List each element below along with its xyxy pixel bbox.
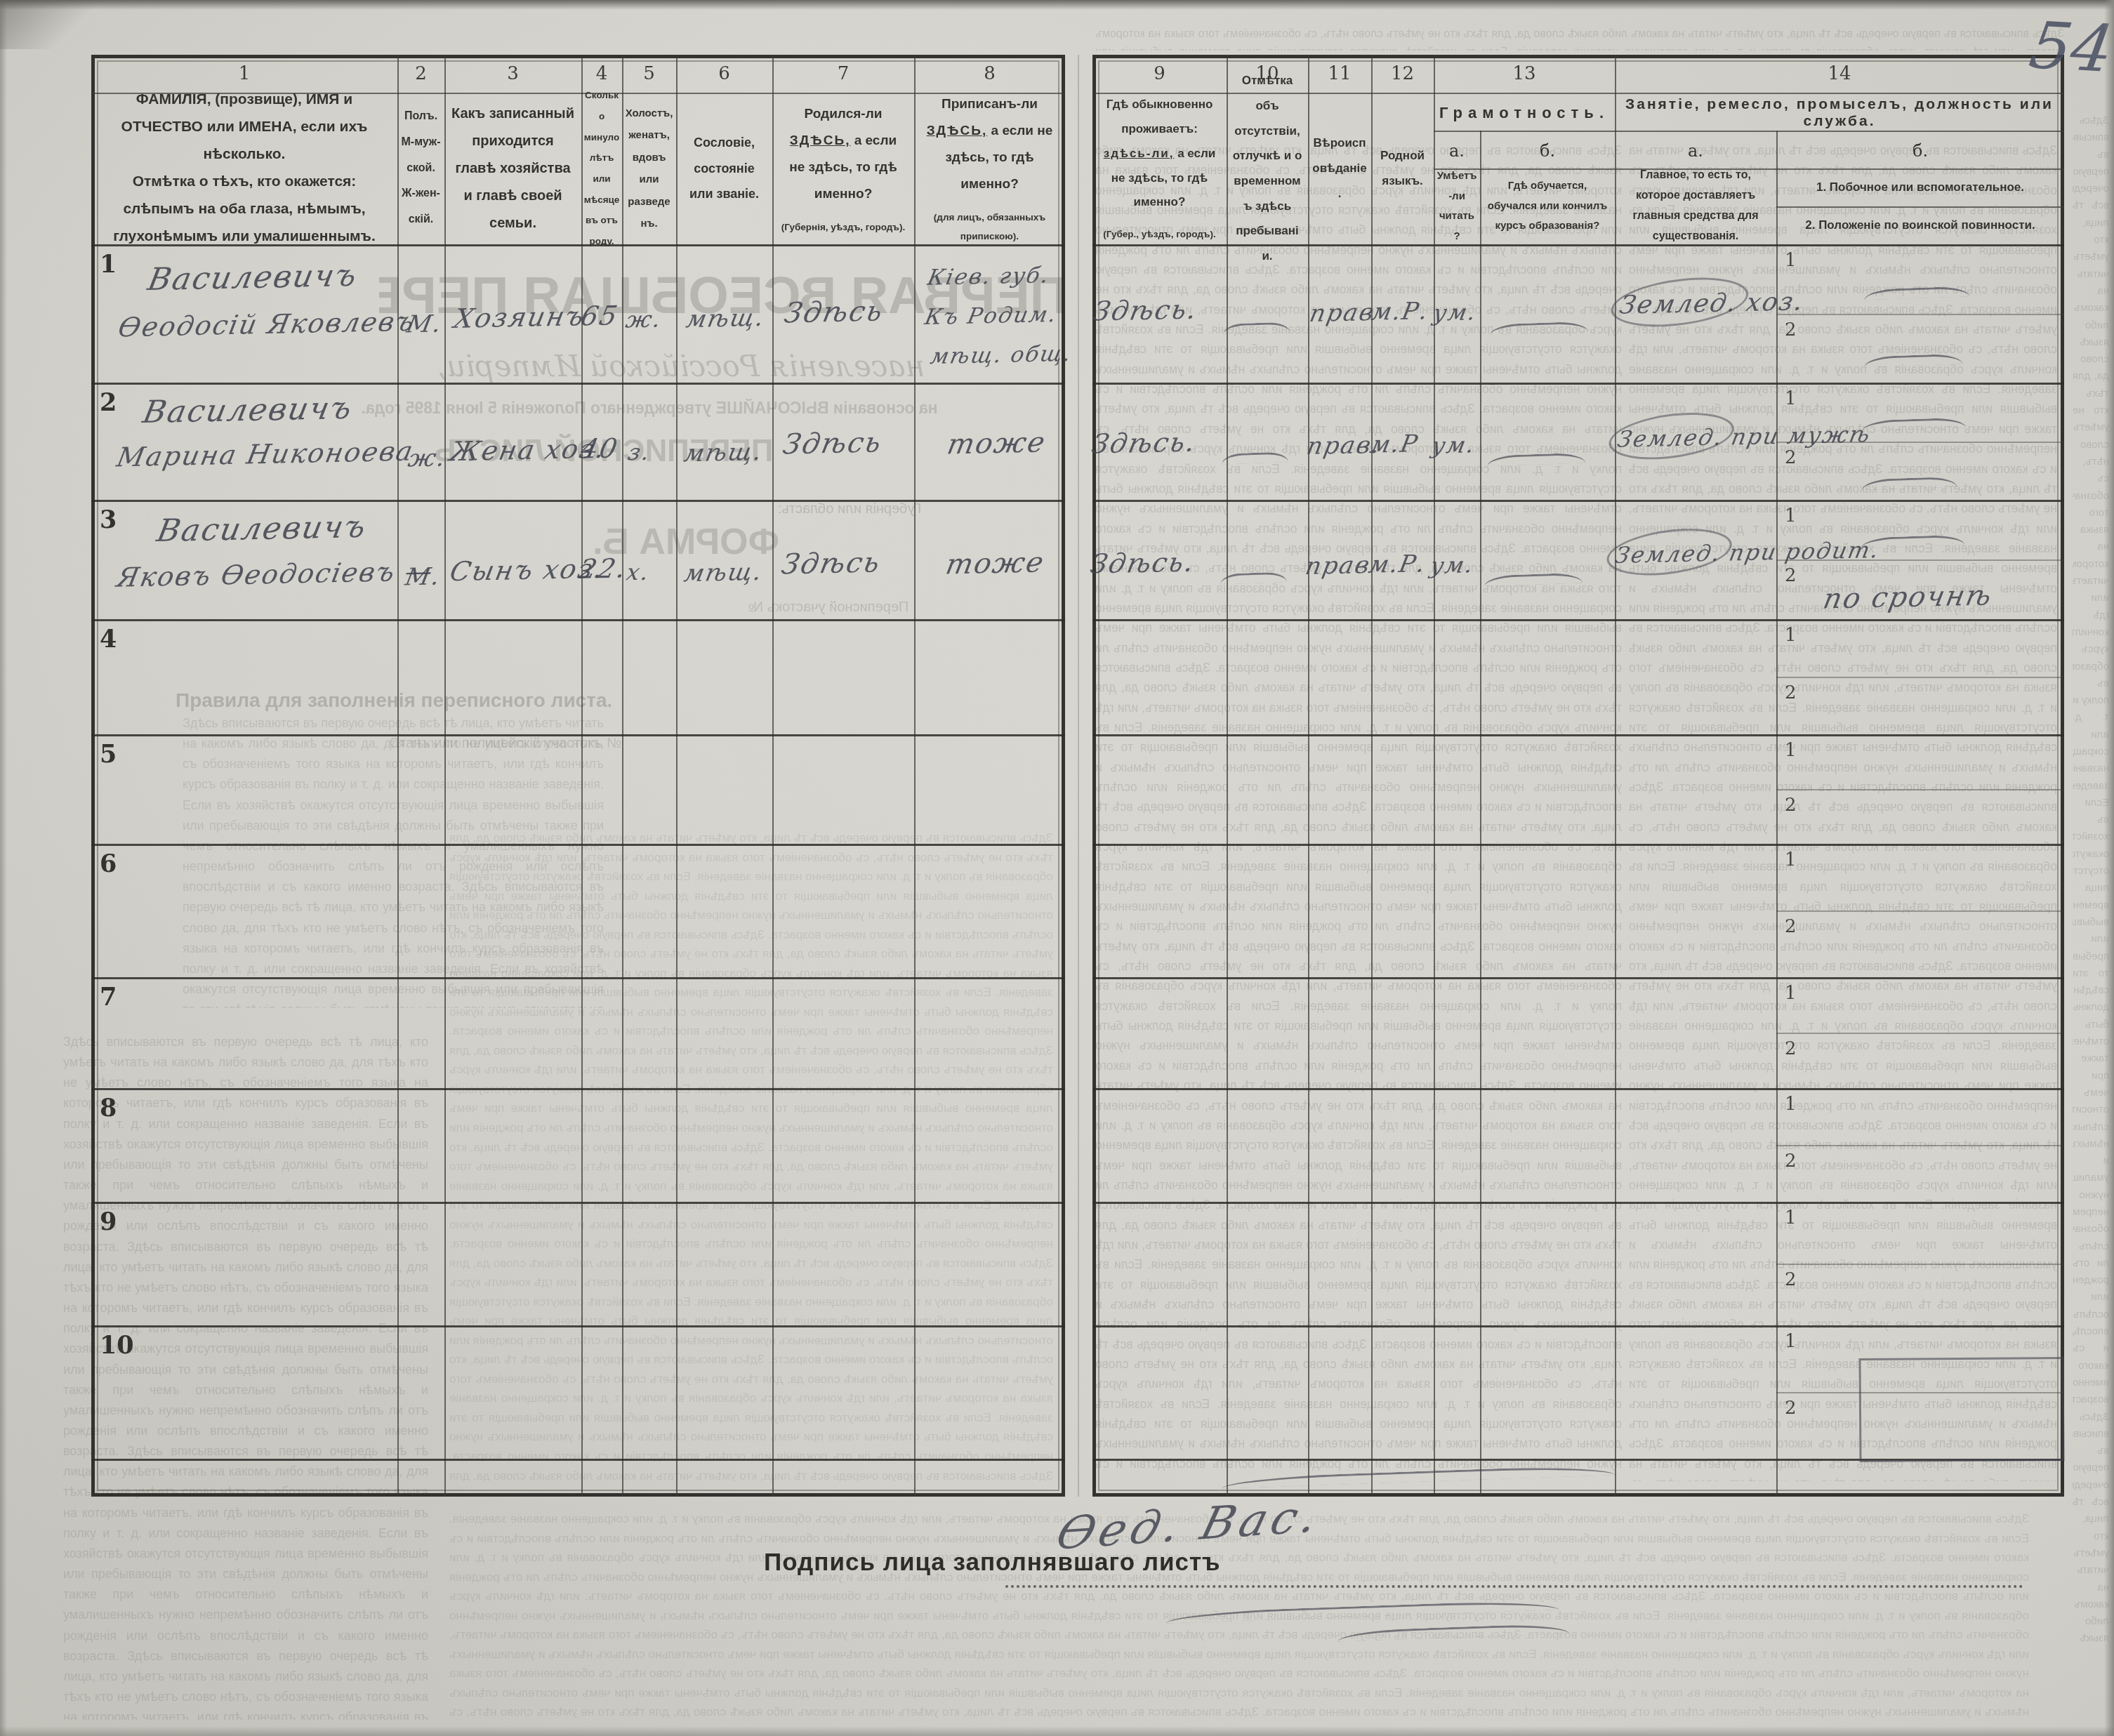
scan-edge-bottom — [0, 1726, 2114, 1736]
entry-occupation-main: Землед. при мужѣ — [1616, 420, 1874, 453]
column-header-text: Родился-ли ЗДѢСЬ, а если не здѣсь, то гд… — [781, 101, 906, 208]
column-header-line: Ж-жен- — [402, 181, 440, 207]
column-number: 7 — [772, 63, 914, 84]
row-rule — [91, 619, 1065, 621]
column-number: 11 — [1308, 63, 1371, 84]
row-number: 7 — [100, 983, 117, 1012]
column-rule — [581, 55, 583, 1497]
column-number: 6 — [676, 63, 772, 84]
entry-estate: мѣщ. — [684, 304, 767, 333]
entry-religion: прав — [1307, 298, 1378, 328]
entry-age: 65 — [579, 300, 621, 331]
column-header-text: Отмѣтка объ отсутствіи, отлучкѣ и о врем… — [1232, 68, 1302, 269]
entry-residence: Здѣсь. — [1090, 293, 1200, 326]
handwritten-rectangle-mark — [1858, 1357, 2064, 1462]
row-rule — [1092, 844, 2064, 846]
occupation-sub-row-1-label: 1 — [1785, 1207, 1797, 1228]
occupation-sub-row-2-label: 2 — [1785, 319, 1797, 340]
occupation-sub-row-1-label: 1 — [1785, 849, 1797, 870]
entry-religion: прав — [1303, 551, 1373, 581]
column-header-line: Отмѣтка о тѣхъ, кто окажется: слѣпымъ на… — [103, 168, 386, 251]
row-rule — [1434, 131, 2064, 132]
column-header-emph: здѣсь-ли, — [1104, 147, 1175, 160]
occupation-sub-row-1-label: 1 — [1785, 740, 1797, 761]
column-header: Гдѣ обыкновенно проживаетъ: здѣсь-ли, а … — [1092, 98, 1227, 239]
entry-age: 22. — [577, 552, 630, 584]
row-rule — [1776, 1264, 2064, 1265]
column-13ab-rule — [1480, 131, 1481, 1497]
column-header-text: Холостъ, женатъ, вдовъ или разведенъ. — [625, 102, 673, 235]
row-rule — [91, 1088, 1065, 1090]
column-header: Сколько минуло лѣтъ или мѣсяцевъ отъ род… — [581, 98, 622, 239]
row-rule — [91, 734, 1065, 736]
row-number: 10 — [100, 1331, 134, 1360]
row-rule — [1092, 1202, 2064, 1204]
column-header: Приписанъ-ли ЗДѢСЬ, а если не здѣсь, то … — [914, 98, 1065, 239]
column-header: Родной языкъ. — [1371, 98, 1434, 239]
entry-occupation-main: Землед. при родит. — [1613, 536, 1882, 569]
column-header-text: Сословіе, состояніе или званіе. — [682, 130, 767, 208]
occupation-sub-row-1-label: 1 — [1785, 625, 1797, 646]
occupation-sub-row-1-label: 1 — [1785, 1094, 1797, 1115]
column-14b1-header: 1. Побочное или вспомогательное. — [1776, 168, 2064, 206]
column-13a-header: Умѣетъ-ли читать? — [1434, 168, 1480, 244]
column-number: 5 — [622, 63, 676, 84]
column-13b-header: Гдѣ обучается, обучался или кончилъ курс… — [1480, 168, 1615, 244]
row-rule — [91, 500, 1065, 502]
row-number: 4 — [100, 625, 117, 654]
row-rule — [91, 383, 1065, 385]
entry-military-status: по срочнѣ — [1821, 580, 1995, 616]
column-header-line: ской. — [407, 156, 435, 182]
row-rule — [91, 1459, 1065, 1461]
occupation-sub-row-2-label: 2 — [1785, 795, 1797, 816]
row-number: 2 — [100, 388, 117, 417]
entry-surname: Василевичъ — [140, 390, 355, 430]
table-right-inner-rule — [1098, 60, 2059, 1491]
column-header: Какъ записанный приходится главѣ хозяйст… — [444, 98, 581, 239]
column-number: 14 — [1615, 63, 2064, 84]
column-header: Отмѣтка объ отсутствіи, отлучкѣ и о врем… — [1227, 98, 1308, 239]
occupation-sub-row-2-label: 2 — [1785, 565, 1797, 586]
entry-residence: Здѣсь. — [1089, 426, 1198, 459]
row-number: 5 — [100, 740, 117, 769]
row-rule — [1776, 910, 2064, 912]
column-header-text: Приписанъ-ли ЗДѢСЬ, а если не здѣсь, то … — [923, 91, 1057, 198]
entry-occupation-word: Землед. — [1616, 424, 1726, 453]
column-14a-header: Главное, то есть то, которое доставляетъ… — [1615, 168, 1776, 244]
column-header-lead: Гдѣ обыкновенно проживаетъ: — [1106, 98, 1213, 135]
column-header-text: Гдѣ обучается, обучался или кончилъ курс… — [1487, 176, 1608, 237]
row-rule — [1092, 977, 2064, 979]
bleed-through-text: Здѣсь вписываются въ первую очередь всѣ … — [2073, 112, 2109, 1650]
column-header: Полъ.М-муж-ской.Ж-жен-скій. — [397, 98, 444, 239]
entry-native-language: м.Р. — [1369, 297, 1432, 326]
row-number: 9 — [100, 1207, 117, 1236]
row-rule — [91, 977, 1065, 979]
column-rule — [676, 55, 678, 1497]
scan-edge-left — [0, 0, 7, 1736]
column-rule — [622, 55, 623, 1497]
column-header: Холостъ, женатъ, вдовъ или разведенъ. — [622, 98, 676, 239]
column-header-text: Какъ записанный приходится главѣ хозяйст… — [450, 100, 576, 237]
column-header-line: М-муж- — [401, 130, 440, 156]
entry-registration: тоже — [943, 547, 1048, 581]
occupation-sub-row-2-label: 2 — [1785, 447, 1797, 468]
entry-marital-status: ж. — [623, 305, 664, 333]
occupation-sub-row-1-label: 1 — [1785, 250, 1797, 271]
row-rule — [91, 1325, 1065, 1327]
entry-surname: Василевичъ — [145, 258, 360, 298]
occupation-sub-row-2-label: 2 — [1785, 1269, 1797, 1290]
entry-estate: мѣщ. — [682, 438, 765, 468]
entry-occupation-word: при родит. — [1727, 536, 1882, 566]
column-header-line: скій. — [409, 207, 434, 233]
entry-occupation-word: хоз. — [1744, 287, 1806, 317]
column-header-text: Родной языкъ. — [1375, 143, 1429, 193]
column-header-text: Сколько минуло лѣтъ или мѣсяцевъ отъ род… — [583, 85, 620, 252]
page-number: 54 — [2025, 8, 2114, 86]
column-number: 4 — [581, 63, 622, 84]
column-header: Родился-ли ЗДѢСЬ, а если не здѣсь, то гд… — [772, 98, 914, 239]
column-header-lead: Родился-ли — [805, 107, 883, 121]
column-14b2-header: 2. Положеніе по воинской повинности. — [1776, 206, 2064, 244]
column-number: 13 — [1434, 63, 1615, 84]
column-header: Сословіе, состояніе или званіе. — [676, 98, 772, 239]
entry-occupation-word: при мужѣ — [1729, 420, 1874, 450]
entry-occupation-word: Землед. — [1613, 540, 1724, 569]
row-rule — [1776, 1145, 2064, 1146]
column-number: 12 — [1371, 63, 1434, 84]
column-13-title: Грамотность. — [1434, 95, 1615, 131]
entry-birthplace: Здѣсь — [780, 427, 885, 461]
scan-edge-top — [0, 0, 2114, 10]
row-rule — [1092, 383, 2064, 385]
entry-sex: ж. — [406, 444, 449, 472]
entry-sex: М. — [404, 310, 444, 338]
entry-relation: Хозяинъ — [451, 300, 588, 334]
column-14b-label: б. — [1776, 133, 2064, 168]
occupation-sub-row-2-label: 2 — [1785, 916, 1797, 937]
column-header: Вѣроисповѣданіе. — [1308, 98, 1371, 239]
entry-registration: Къ Родим. — [923, 302, 1059, 330]
column-header-note: (для лицъ, обязанныхъ припискою). — [923, 208, 1057, 246]
row-number: 6 — [100, 849, 117, 878]
column-rule — [1434, 55, 1435, 1497]
column-header-lead: Приписанъ-ли — [942, 97, 1038, 112]
bleed-through-text: Здѣсь вписываются въ первую очередь всѣ … — [1095, 25, 2064, 51]
entry-estate: мѣщ. — [682, 558, 765, 588]
column-header-emph: ЗДѢСЬ, — [927, 124, 988, 138]
occupation-sub-row-1-label: 1 — [1785, 1331, 1797, 1352]
column-header-text: Умѣетъ-ли читать? — [1436, 166, 1477, 246]
row-rule — [1092, 619, 2064, 621]
occupation-sub-row-2-label: 2 — [1785, 1398, 1797, 1419]
entry-name: Марина Никоноева — [114, 436, 417, 473]
row-rule — [91, 1202, 1065, 1204]
entry-literacy: ум. — [1431, 298, 1479, 326]
fold-crease — [1078, 55, 1079, 1497]
row-rule — [1776, 677, 2064, 678]
entry-name: Ѳеодосій Яковлевъ — [116, 306, 418, 343]
column-header-text: Главное, то есть то, которое доставляетъ… — [1625, 166, 1766, 246]
entry-literacy: ум. — [1428, 551, 1477, 578]
row-rule — [1092, 500, 2064, 502]
entry-native-language: м.Р. — [1366, 550, 1429, 579]
entry-occupation-main: Землед. хоз. — [1618, 287, 1807, 319]
occupation-sub-row-1-label: 1 — [1785, 388, 1797, 409]
row-rule — [91, 844, 1065, 846]
column-number: 2 — [397, 63, 444, 84]
entry-age: 40 — [579, 432, 621, 464]
row-rule — [1092, 1325, 2064, 1327]
column-14-title: Занятіе, ремесло, промыселъ, должность и… — [1615, 95, 2064, 131]
column-number: 9 — [1092, 63, 1227, 84]
entry-registration: тоже — [944, 427, 1049, 461]
row-rule — [1092, 1088, 2064, 1090]
column-rule — [1227, 55, 1228, 1497]
column-rule — [1308, 55, 1309, 1497]
row-number: 1 — [100, 250, 117, 279]
entry-native-language: м.Р — [1368, 430, 1421, 458]
column-13a-label: а. — [1434, 133, 1480, 168]
entry-residence: Здѣсь. — [1088, 546, 1197, 579]
column-header-line: Полъ. — [404, 104, 437, 130]
row-rule — [1776, 314, 2064, 315]
column-header-note: (Губер., уѣздъ, городъ). — [1103, 225, 1215, 244]
column-14ab-rule — [1776, 131, 1778, 1497]
column-14a-label: а. — [1615, 133, 1776, 168]
column-header: ФАМИЛІЯ, (прозвище), ИМЯ и ОТЧЕСТВО или … — [91, 98, 397, 239]
column-rule — [444, 55, 446, 1497]
occupation-sub-row-2-label: 2 — [1785, 682, 1797, 703]
census-sheet-scan: ПЕРВАЯ ВСЕОБЩАЯ ПЕРЕПИСЬнаселенія Россій… — [0, 0, 2114, 1736]
entry-surname: Василевичъ — [154, 509, 369, 549]
column-number: 1 — [91, 63, 397, 84]
entry-birthplace: Здѣсь — [779, 547, 883, 581]
entry-literacy: ум. — [1429, 431, 1478, 458]
entry-registration: Кіев. губ. — [925, 263, 1052, 291]
column-rule — [1615, 55, 1616, 1497]
column-number: 8 — [914, 63, 1065, 84]
entry-registration: мѣщ. общ. — [928, 341, 1074, 369]
column-rule — [397, 55, 399, 1497]
row-rule — [1092, 734, 2064, 736]
column-header-text: Гдѣ обыкновенно проживаетъ: здѣсь-ли, а … — [1099, 93, 1220, 215]
occupation-sub-row-2-label: 2 — [1785, 1038, 1797, 1059]
column-rule — [914, 55, 916, 1497]
row-number: 8 — [100, 1094, 117, 1122]
row-rule — [1776, 1033, 2064, 1034]
entry-birthplace: Здѣсь — [781, 296, 886, 330]
occupation-sub-row-1-label: 1 — [1785, 983, 1797, 1004]
occupation-sub-row-2-label: 2 — [1785, 1151, 1797, 1172]
column-13b-label: б. — [1480, 133, 1615, 168]
entry-sex: М. — [403, 562, 443, 591]
entry-occupation-word: Землед. — [1618, 289, 1740, 319]
column-header-text: Вѣроисповѣданіе. — [1312, 131, 1367, 206]
occupation-sub-row-1-label: 1 — [1785, 505, 1797, 526]
column-number: 3 — [444, 63, 581, 84]
column-rule — [1371, 55, 1373, 1497]
column-header-note: (Губернія, уѣздъ, городъ). — [781, 218, 905, 237]
row-rule — [1776, 789, 2064, 790]
column-rule — [772, 55, 774, 1497]
scan-edge-top-left — [0, 0, 98, 49]
row-number: 3 — [100, 505, 117, 534]
column-header-emph: ЗДѢСЬ, — [790, 133, 851, 148]
column-header-line: ФАМИЛІЯ, (прозвище), ИМЯ и ОТЧЕСТВО или … — [103, 86, 386, 168]
